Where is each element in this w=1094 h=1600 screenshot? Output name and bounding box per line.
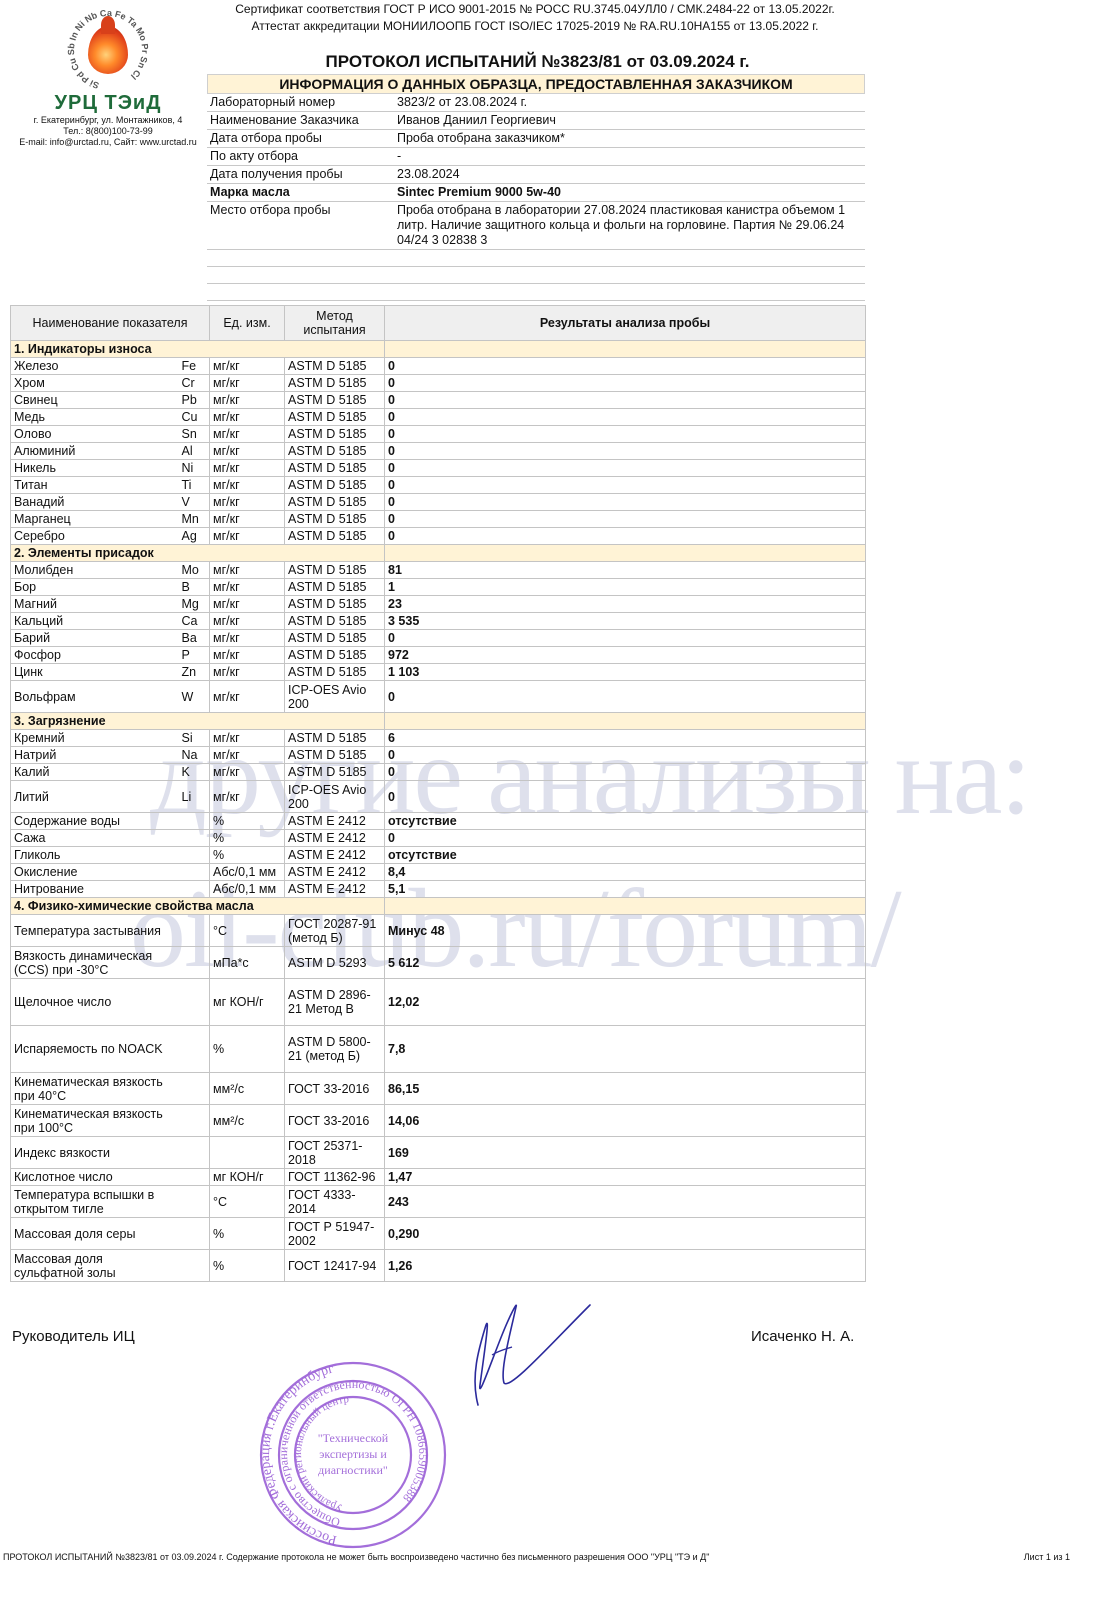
result-value: 0 bbox=[385, 477, 866, 494]
lab-phone: Тел.: 8(800)100-73-99 bbox=[6, 126, 210, 137]
result-value: 0 bbox=[385, 630, 866, 647]
result-value: 1 103 bbox=[385, 664, 866, 681]
table-row: МарганецMnмг/кгASTM D 51850 bbox=[11, 511, 866, 528]
table-row: КальцийCaмг/кгASTM D 51853 535 bbox=[11, 613, 866, 630]
unit-cell: мг/кг bbox=[210, 730, 285, 747]
indicator-name: Калий bbox=[11, 764, 179, 781]
unit-cell bbox=[210, 1137, 285, 1169]
result-value: 3 535 bbox=[385, 613, 866, 630]
indicator-name: Гликоль bbox=[11, 847, 179, 864]
element-symbol bbox=[179, 979, 210, 1026]
table-row: МолибденMoмг/кгASTM D 518581 bbox=[11, 562, 866, 579]
table-row: Массовая доля серы%ГОСТ Р 51947-20020,29… bbox=[11, 1218, 866, 1250]
indicator-name: Кинематическая вязкость при 40°С bbox=[11, 1073, 179, 1105]
method-cell: ASTM D 5185 bbox=[285, 494, 385, 511]
method-cell: ASTM D 5293 bbox=[285, 947, 385, 979]
table-row: КалийKмг/кгASTM D 51850 bbox=[11, 764, 866, 781]
method-cell: ASTM D 5185 bbox=[285, 730, 385, 747]
result-value: 7,8 bbox=[385, 1026, 866, 1073]
lab-name: УРЦ ТЭиД bbox=[6, 92, 210, 115]
element-symbol bbox=[179, 1105, 210, 1137]
element-symbol: Na bbox=[179, 747, 210, 764]
unit-cell: Абс/0,1 мм bbox=[210, 881, 285, 898]
unit-cell: мг/кг bbox=[210, 511, 285, 528]
section-result-blank bbox=[385, 545, 866, 562]
result-value: 1,26 bbox=[385, 1250, 866, 1282]
element-symbol bbox=[179, 1218, 210, 1250]
element-symbol: Mn bbox=[179, 511, 210, 528]
indicator-name: Свинец bbox=[11, 392, 179, 409]
table-row: ОкислениеАбс/0,1 ммASTM E 24128,4 bbox=[11, 864, 866, 881]
method-cell: ГОСТ 4333-2014 bbox=[285, 1186, 385, 1218]
table-row: Кислотное числомг КОН/гГОСТ 11362-961,47 bbox=[11, 1169, 866, 1186]
sample-info-key: По акту отбора bbox=[207, 149, 397, 164]
method-cell: ICP-OES Avio 200 bbox=[285, 781, 385, 813]
element-symbol: Cu bbox=[179, 409, 210, 426]
indicator-name: Медь bbox=[11, 409, 179, 426]
element-symbol: Ag bbox=[179, 528, 210, 545]
method-cell: ГОСТ 12417-94 bbox=[285, 1250, 385, 1282]
method-cell: ГОСТ Р 51947-2002 bbox=[285, 1218, 385, 1250]
element-symbol: V bbox=[179, 494, 210, 511]
lab-contacts: E-mail: info@urctad.ru, Сайт: www.urctad… bbox=[6, 137, 210, 148]
footer-note: ПРОТОКОЛ ИСПЫТАНИЙ №3823/81 от 03.09.202… bbox=[3, 1552, 709, 1562]
page-counter: Лист 1 из 1 bbox=[1024, 1552, 1070, 1562]
table-row: Температура вспышки в открытом тигле°СГО… bbox=[11, 1186, 866, 1218]
element-symbol: Ba bbox=[179, 630, 210, 647]
unit-cell: % bbox=[210, 1218, 285, 1250]
result-value: 0 bbox=[385, 358, 866, 375]
result-value: 169 bbox=[385, 1137, 866, 1169]
element-symbol: Mo bbox=[179, 562, 210, 579]
svg-text:"Технической: "Технической bbox=[318, 1431, 389, 1445]
unit-cell: Абс/0,1 мм bbox=[210, 864, 285, 881]
logo-emblem: Si Pd Cu Sb In Ni Nb Ca Fe Ta Mo Pr Sn C… bbox=[56, 4, 160, 92]
table-row: Вязкость динамическая (CCS) при -30°СмПа… bbox=[11, 947, 866, 979]
svg-text:диагностики": диагностики" bbox=[318, 1463, 388, 1477]
sample-info-key: Марка масла bbox=[207, 185, 397, 200]
col-header-method: Метод испытания bbox=[285, 306, 385, 341]
method-cell: ASTM D 5185 bbox=[285, 426, 385, 443]
element-symbol bbox=[179, 915, 210, 947]
section-result-blank bbox=[385, 341, 866, 358]
element-symbol: Cr bbox=[179, 375, 210, 392]
indicator-name: Нитрование bbox=[11, 881, 179, 898]
table-row: Индекс вязкостиГОСТ 25371-2018169 bbox=[11, 1137, 866, 1169]
result-value: 23 bbox=[385, 596, 866, 613]
section-title: 1. Индикаторы износа bbox=[11, 341, 385, 358]
result-value: 0 bbox=[385, 392, 866, 409]
sample-info-value: 23.08.2024 bbox=[397, 167, 865, 182]
signatory-role: Руководитель ИЦ bbox=[12, 1328, 135, 1345]
result-value: 6 bbox=[385, 730, 866, 747]
section-title: 2. Элементы присадок bbox=[11, 545, 385, 562]
element-symbol: Al bbox=[179, 443, 210, 460]
sample-info-value: Проба отобрана в лаборатории 27.08.2024 … bbox=[397, 203, 865, 248]
unit-cell: мг/кг bbox=[210, 596, 285, 613]
result-value: 0,290 bbox=[385, 1218, 866, 1250]
unit-cell: мг/кг bbox=[210, 562, 285, 579]
method-cell: ГОСТ 25371-2018 bbox=[285, 1137, 385, 1169]
table-row: БорBмг/кгASTM D 51851 bbox=[11, 579, 866, 596]
result-value: отсутствие bbox=[385, 813, 866, 830]
blank-row bbox=[207, 250, 865, 267]
indicator-name: Индекс вязкости bbox=[11, 1137, 179, 1169]
unit-cell: мг/кг bbox=[210, 764, 285, 781]
handwritten-signature-icon bbox=[440, 1295, 600, 1415]
lab-address: г. Екатеринбург, ул. Монтажников, 4 bbox=[6, 115, 210, 126]
table-row: КремнийSiмг/кгASTM D 51856 bbox=[11, 730, 866, 747]
indicator-name: Щелочное число bbox=[11, 979, 179, 1026]
result-value: 0 bbox=[385, 426, 866, 443]
result-value: 0 bbox=[385, 409, 866, 426]
result-value: 0 bbox=[385, 494, 866, 511]
lab-logo: Si Pd Cu Sb In Ni Nb Ca Fe Ta Mo Pr Sn C… bbox=[6, 4, 210, 148]
method-cell: ASTM E 2412 bbox=[285, 881, 385, 898]
sample-info-row: Марка маслаSintec Premium 9000 5w-40 bbox=[207, 184, 865, 202]
indicator-name: Вольфрам bbox=[11, 681, 179, 713]
col-header-unit: Ед. изм. bbox=[210, 306, 285, 341]
result-value: 86,15 bbox=[385, 1073, 866, 1105]
element-symbol bbox=[179, 1250, 210, 1282]
method-cell: ASTM D 5185 bbox=[285, 747, 385, 764]
element-symbol bbox=[179, 813, 210, 830]
table-row: Содержание воды%ASTM E 2412отсутствие bbox=[11, 813, 866, 830]
table-row: ОловоSnмг/кгASTM D 51850 bbox=[11, 426, 866, 443]
indicator-name: Хром bbox=[11, 375, 179, 392]
element-symbol: Ti bbox=[179, 477, 210, 494]
method-cell: ASTM E 2412 bbox=[285, 813, 385, 830]
col-header-result: Результаты анализа пробы bbox=[385, 306, 866, 341]
result-value: 0 bbox=[385, 375, 866, 392]
indicator-name: Массовая доля серы bbox=[11, 1218, 179, 1250]
element-symbol bbox=[179, 881, 210, 898]
unit-cell: °С bbox=[210, 1186, 285, 1218]
table-row: НикельNiмг/кгASTM D 51850 bbox=[11, 460, 866, 477]
indicator-name: Натрий bbox=[11, 747, 179, 764]
method-cell: ICP-OES Avio 200 bbox=[285, 681, 385, 713]
indicator-name: Кремний bbox=[11, 730, 179, 747]
table-row: СвинецPbмг/кгASTM D 51850 bbox=[11, 392, 866, 409]
unit-cell: мм²/с bbox=[210, 1073, 285, 1105]
result-value: 0 bbox=[385, 460, 866, 477]
result-value: 14,06 bbox=[385, 1105, 866, 1137]
indicator-name: Никель bbox=[11, 460, 179, 477]
table-row: МагнийMgмг/кгASTM D 518523 bbox=[11, 596, 866, 613]
result-value: 0 bbox=[385, 781, 866, 813]
method-cell: ASTM D 5185 bbox=[285, 528, 385, 545]
indicator-name: Барий bbox=[11, 630, 179, 647]
table-row: Кинематическая вязкость при 100°Смм²/сГО… bbox=[11, 1105, 866, 1137]
method-cell: ASTM D 5800-21 (метод Б) bbox=[285, 1026, 385, 1073]
indicator-name: Кинематическая вязкость при 100°С bbox=[11, 1105, 179, 1137]
indicator-name: Бор bbox=[11, 579, 179, 596]
method-cell: ASTM D 5185 bbox=[285, 764, 385, 781]
element-symbol: Li bbox=[179, 781, 210, 813]
method-cell: ASTM D 5185 bbox=[285, 562, 385, 579]
result-value: 0 bbox=[385, 443, 866, 460]
unit-cell: мг/кг bbox=[210, 681, 285, 713]
element-symbol bbox=[179, 830, 210, 847]
table-row: Сажа%ASTM E 24120 bbox=[11, 830, 866, 847]
unit-cell: мПа*с bbox=[210, 947, 285, 979]
method-cell: ГОСТ 11362-96 bbox=[285, 1169, 385, 1186]
method-cell: ASTM D 5185 bbox=[285, 630, 385, 647]
signatory-name: Исаченко Н. А. bbox=[751, 1328, 854, 1345]
result-value: 81 bbox=[385, 562, 866, 579]
table-row: ЖелезоFeмг/кгASTM D 51850 bbox=[11, 358, 866, 375]
method-cell: ASTM D 5185 bbox=[285, 392, 385, 409]
element-symbol: Ni bbox=[179, 460, 210, 477]
unit-cell: мг/кг bbox=[210, 409, 285, 426]
indicator-name: Титан bbox=[11, 477, 179, 494]
result-value: 5 612 bbox=[385, 947, 866, 979]
indicator-name: Литий bbox=[11, 781, 179, 813]
sample-info-key: Наименование Заказчика bbox=[207, 113, 397, 128]
indicator-name: Массовая доля сульфатной золы bbox=[11, 1250, 179, 1282]
element-symbol: K bbox=[179, 764, 210, 781]
section-row: 4. Физико-химические свойства масла bbox=[11, 898, 866, 915]
section-title: 4. Физико-химические свойства масла bbox=[11, 898, 385, 915]
indicator-name: Молибден bbox=[11, 562, 179, 579]
table-row: НатрийNaмг/кгASTM D 51850 bbox=[11, 747, 866, 764]
unit-cell: % bbox=[210, 813, 285, 830]
col-header-name: Наименование показателя bbox=[11, 306, 210, 341]
unit-cell: мг/кг bbox=[210, 426, 285, 443]
result-value: 1,47 bbox=[385, 1169, 866, 1186]
table-row: ХромCrмг/кгASTM D 51850 bbox=[11, 375, 866, 392]
method-cell: ASTM D 5185 bbox=[285, 596, 385, 613]
method-cell: ASTM D 5185 bbox=[285, 511, 385, 528]
method-cell: ASTM D 5185 bbox=[285, 579, 385, 596]
table-row: НитрованиеАбс/0,1 ммASTM E 24125,1 bbox=[11, 881, 866, 898]
section-row: 2. Элементы присадок bbox=[11, 545, 866, 562]
method-cell: ASTM D 5185 bbox=[285, 664, 385, 681]
table-row: ВанадийVмг/кгASTM D 51850 bbox=[11, 494, 866, 511]
sample-info-value: Проба отобрана заказчиком* bbox=[397, 131, 865, 146]
blank-row bbox=[207, 284, 865, 301]
sample-info-heading: ИНФОРМАЦИЯ О ДАННЫХ ОБРАЗЦА, ПРЕДОСТАВЛЕ… bbox=[207, 74, 865, 94]
method-cell: ASTM D 2896-21 Метод В bbox=[285, 979, 385, 1026]
result-value: 0 bbox=[385, 681, 866, 713]
accreditation-line: Аттестат аккредитации МОНИИЛООПБ ГОСТ IS… bbox=[210, 19, 860, 33]
method-cell: ASTM D 5185 bbox=[285, 460, 385, 477]
table-row: Гликоль%ASTM E 2412отсутствие bbox=[11, 847, 866, 864]
official-stamp-icon: Российская Федерация г.Екатеринбург Обще… bbox=[255, 1360, 451, 1550]
method-cell: ГОСТ 33-2016 bbox=[285, 1105, 385, 1137]
unit-cell: °С bbox=[210, 915, 285, 947]
method-cell: ASTM D 5185 bbox=[285, 358, 385, 375]
sample-info-row: Дата получения пробы23.08.2024 bbox=[207, 166, 865, 184]
table-row: Температура застывания°СГОСТ 20287-91 (м… bbox=[11, 915, 866, 947]
method-cell: ГОСТ 33-2016 bbox=[285, 1073, 385, 1105]
element-symbol bbox=[179, 864, 210, 881]
indicator-name: Марганец bbox=[11, 511, 179, 528]
element-symbol: Fe bbox=[179, 358, 210, 375]
method-cell: ASTM E 2412 bbox=[285, 864, 385, 881]
certificate-line: Сертификат соответствия ГОСТ Р ИСО 9001-… bbox=[210, 2, 860, 16]
method-cell: ASTM D 5185 bbox=[285, 409, 385, 426]
unit-cell: % bbox=[210, 847, 285, 864]
section-result-blank bbox=[385, 713, 866, 730]
unit-cell: мг/кг bbox=[210, 647, 285, 664]
sample-info-row: Дата отбора пробыПроба отобрана заказчик… bbox=[207, 130, 865, 148]
element-symbol: Pb bbox=[179, 392, 210, 409]
indicator-name: Олово bbox=[11, 426, 179, 443]
element-symbol bbox=[179, 847, 210, 864]
indicator-name: Температура застывания bbox=[11, 915, 179, 947]
element-symbol: B bbox=[179, 579, 210, 596]
unit-cell: мг/кг bbox=[210, 358, 285, 375]
element-symbol bbox=[179, 1186, 210, 1218]
element-symbol: Zn bbox=[179, 664, 210, 681]
unit-cell: мг/кг bbox=[210, 460, 285, 477]
section-row: 3. Загрязнение bbox=[11, 713, 866, 730]
result-value: 243 bbox=[385, 1186, 866, 1218]
indicator-name: Алюминий bbox=[11, 443, 179, 460]
results-table: Наименование показателя Ед. изм. Метод и… bbox=[10, 305, 866, 1282]
unit-cell: мг/кг bbox=[210, 443, 285, 460]
blank-row bbox=[207, 267, 865, 284]
method-cell: ASTM D 5185 bbox=[285, 477, 385, 494]
method-cell: ASTM D 5185 bbox=[285, 443, 385, 460]
indicator-name: Содержание воды bbox=[11, 813, 179, 830]
unit-cell: мг/кг bbox=[210, 494, 285, 511]
sample-info-key: Лабораторный номер bbox=[207, 95, 397, 110]
indicator-name: Кислотное число bbox=[11, 1169, 179, 1186]
table-row: СереброAgмг/кгASTM D 51850 bbox=[11, 528, 866, 545]
unit-cell: % bbox=[210, 830, 285, 847]
section-title: 3. Загрязнение bbox=[11, 713, 385, 730]
table-header-row: Наименование показателя Ед. изм. Метод и… bbox=[11, 306, 866, 341]
result-value: Минус 48 bbox=[385, 915, 866, 947]
element-symbol: P bbox=[179, 647, 210, 664]
protocol-title: ПРОТОКОЛ ИСПЫТАНИЙ №3823/81 от 03.09.202… bbox=[210, 52, 865, 72]
unit-cell: мг/кг bbox=[210, 477, 285, 494]
element-symbol: Mg bbox=[179, 596, 210, 613]
table-row: Щелочное числомг КОН/гASTM D 2896-21 Мет… bbox=[11, 979, 866, 1026]
indicator-name: Кальций bbox=[11, 613, 179, 630]
unit-cell: мм²/с bbox=[210, 1105, 285, 1137]
element-symbol: Si bbox=[179, 730, 210, 747]
unit-cell: мг/кг bbox=[210, 375, 285, 392]
result-value: 12,02 bbox=[385, 979, 866, 1026]
table-row: БарийBaмг/кгASTM D 51850 bbox=[11, 630, 866, 647]
sample-info-value: - bbox=[397, 149, 865, 164]
indicator-name: Сажа bbox=[11, 830, 179, 847]
result-value: 0 bbox=[385, 764, 866, 781]
table-row: Испаряемость по NOACK%ASTM D 5800-21 (ме… bbox=[11, 1026, 866, 1073]
table-row: ФосфорPмг/кгASTM D 5185972 bbox=[11, 647, 866, 664]
sample-info-row: Лабораторный номер3823/2 от 23.08.2024 г… bbox=[207, 94, 865, 112]
sample-info-value: 3823/2 от 23.08.2024 г. bbox=[397, 95, 865, 110]
table-row: ВольфрамWмг/кгICP-OES Avio 2000 bbox=[11, 681, 866, 713]
element-symbol bbox=[179, 1073, 210, 1105]
indicator-name: Фосфор bbox=[11, 647, 179, 664]
unit-cell: мг КОН/г bbox=[210, 979, 285, 1026]
table-row: Кинематическая вязкость при 40°Смм²/сГОС… bbox=[11, 1073, 866, 1105]
indicator-name: Ванадий bbox=[11, 494, 179, 511]
indicator-name: Температура вспышки в открытом тигле bbox=[11, 1186, 179, 1218]
unit-cell: мг/кг bbox=[210, 528, 285, 545]
method-cell: ASTM D 5185 bbox=[285, 613, 385, 630]
unit-cell: мг КОН/г bbox=[210, 1169, 285, 1186]
unit-cell: мг/кг bbox=[210, 747, 285, 764]
section-result-blank bbox=[385, 898, 866, 915]
method-cell: ГОСТ 20287-91 (метод Б) bbox=[285, 915, 385, 947]
sample-info-row: Место отбора пробыПроба отобрана в лабор… bbox=[207, 202, 865, 250]
table-row: ЛитийLiмг/кгICP-OES Avio 2000 bbox=[11, 781, 866, 813]
result-value: 0 bbox=[385, 528, 866, 545]
section-row: 1. Индикаторы износа bbox=[11, 341, 866, 358]
table-row: ТитанTiмг/кгASTM D 51850 bbox=[11, 477, 866, 494]
table-row: АлюминийAlмг/кгASTM D 51850 bbox=[11, 443, 866, 460]
indicator-name: Окисление bbox=[11, 864, 179, 881]
indicator-name: Испаряемость по NOACK bbox=[11, 1026, 179, 1073]
unit-cell: % bbox=[210, 1250, 285, 1282]
unit-cell: мг/кг bbox=[210, 781, 285, 813]
indicator-name: Цинк bbox=[11, 664, 179, 681]
sample-info-value: Sintec Premium 9000 5w-40 bbox=[397, 185, 865, 200]
result-value: 5,1 bbox=[385, 881, 866, 898]
indicator-name: Магний bbox=[11, 596, 179, 613]
element-symbol: Sn bbox=[179, 426, 210, 443]
sample-info-key: Дата отбора пробы bbox=[207, 131, 397, 146]
result-value: 1 bbox=[385, 579, 866, 596]
method-cell: ASTM E 2412 bbox=[285, 830, 385, 847]
unit-cell: мг/кг bbox=[210, 392, 285, 409]
sample-info-key: Место отбора пробы bbox=[207, 203, 397, 248]
svg-text:экспертизы и: экспертизы и bbox=[319, 1447, 387, 1461]
result-value: 8,4 bbox=[385, 864, 866, 881]
sample-info-row: Наименование ЗаказчикаИванов Даниил Геор… bbox=[207, 112, 865, 130]
sample-info-row: По акту отбора- bbox=[207, 148, 865, 166]
element-symbol bbox=[179, 1137, 210, 1169]
method-cell: ASTM D 5185 bbox=[285, 375, 385, 392]
result-value: отсутствие bbox=[385, 847, 866, 864]
table-row: Массовая доля сульфатной золы%ГОСТ 12417… bbox=[11, 1250, 866, 1282]
result-value: 972 bbox=[385, 647, 866, 664]
result-value: 0 bbox=[385, 511, 866, 528]
method-cell: ASTM E 2412 bbox=[285, 847, 385, 864]
element-symbol: Ca bbox=[179, 613, 210, 630]
sample-info-block: ИНФОРМАЦИЯ О ДАННЫХ ОБРАЗЦА, ПРЕДОСТАВЛЕ… bbox=[207, 74, 865, 301]
method-cell: ASTM D 5185 bbox=[285, 647, 385, 664]
indicator-name: Серебро bbox=[11, 528, 179, 545]
unit-cell: мг/кг bbox=[210, 630, 285, 647]
table-row: ЦинкZnмг/кгASTM D 51851 103 bbox=[11, 664, 866, 681]
element-symbol bbox=[179, 947, 210, 979]
unit-cell: мг/кг bbox=[210, 664, 285, 681]
unit-cell: мг/кг bbox=[210, 579, 285, 596]
element-symbol: W bbox=[179, 681, 210, 713]
result-value: 0 bbox=[385, 830, 866, 847]
sample-info-key: Дата получения пробы bbox=[207, 167, 397, 182]
element-symbol bbox=[179, 1169, 210, 1186]
element-symbol bbox=[179, 1026, 210, 1073]
unit-cell: % bbox=[210, 1026, 285, 1073]
table-row: МедьCuмг/кгASTM D 51850 bbox=[11, 409, 866, 426]
indicator-name: Вязкость динамическая (CCS) при -30°С bbox=[11, 947, 179, 979]
unit-cell: мг/кг bbox=[210, 613, 285, 630]
indicator-name: Железо bbox=[11, 358, 179, 375]
result-value: 0 bbox=[385, 747, 866, 764]
sample-info-value: Иванов Даниил Георгиевич bbox=[397, 113, 865, 128]
